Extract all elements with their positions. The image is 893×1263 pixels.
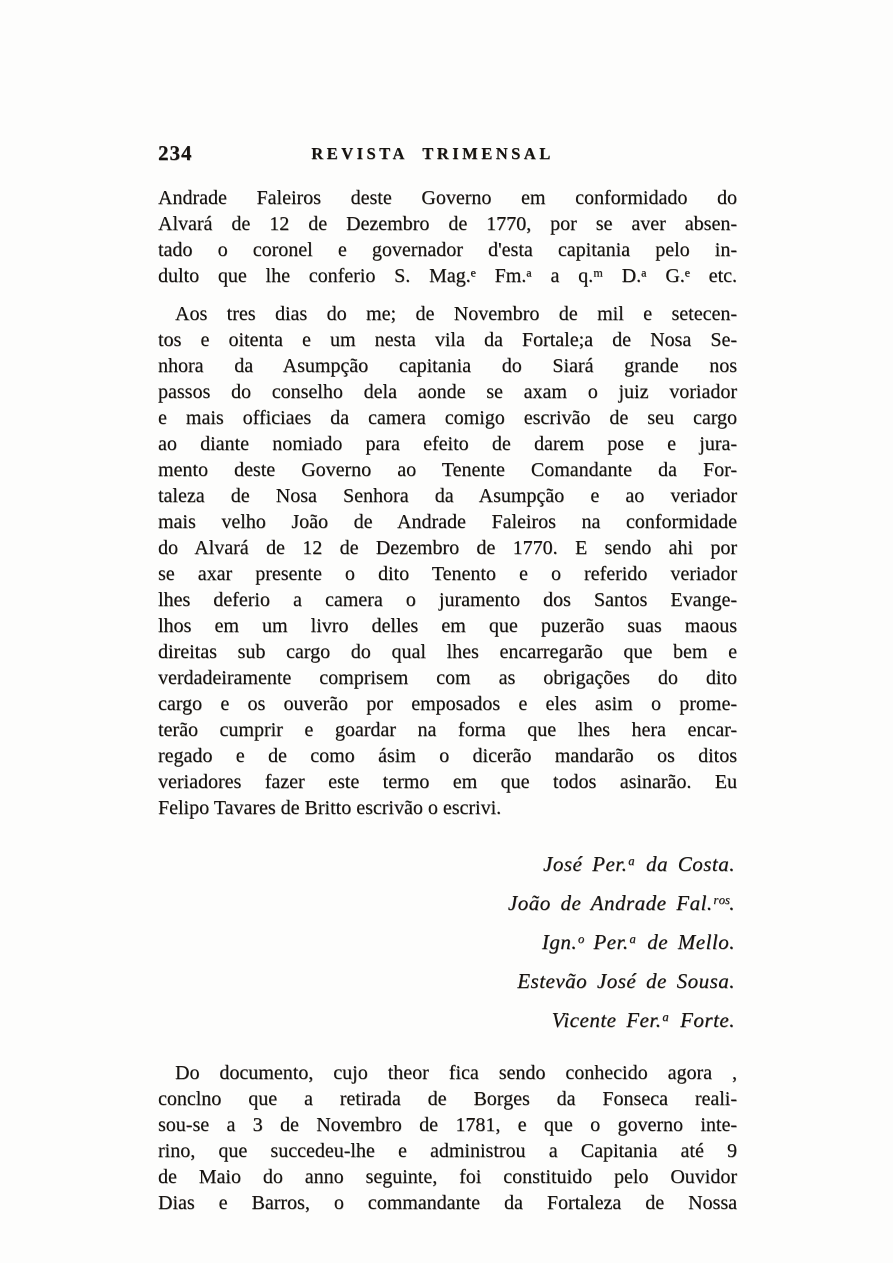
paragraph-act-of-possession: Aos tres dias do me; de Novembro de mil …	[158, 301, 737, 821]
text-line: e mais officiaes da camera comigo escriv…	[158, 405, 737, 431]
text-line: rino, que succedeu-lhe e administrou a C…	[158, 1138, 737, 1164]
running-title: REVISTA TRIMENSAL	[158, 144, 707, 164]
text-line: dulto que lhe conferio S. Mag.ᵉ Fm.ᵃ a q…	[158, 263, 737, 289]
text-line: ao diante nomiado para efeito de darem p…	[158, 431, 737, 457]
text-line: taleza de Nosa Senhora da Asumpção e ao …	[158, 483, 737, 509]
book-page: 234 REVISTA TRIMENSAL Andrade Faleiros d…	[0, 0, 893, 1263]
text-line: Alvará de 12 de Dezembro de 1770, por se…	[158, 211, 737, 237]
text-line: tos e oitenta e um nesta vila da Fortale…	[158, 327, 737, 353]
text-line: Felipo Tavares de Britto escrivão o escr…	[158, 795, 737, 821]
signature-line: José Per.ᵃ da Costa.	[158, 845, 735, 884]
text-line: se axar presente o dito Tenento e o refe…	[158, 561, 737, 587]
text-line: verdadeiramente comprisem com as obrigaç…	[158, 665, 737, 691]
paragraph-commentary: Do documento, cujo theor fica sendo conh…	[158, 1060, 737, 1216]
text-line: regado e de como ásim o dicerão mandarão…	[158, 743, 737, 769]
text-line: Andrade Faleiros deste Governo em confor…	[158, 185, 737, 211]
text-line: do Alvará de 12 de Dezembro de 1770. E s…	[158, 535, 737, 561]
text-line: veriadores fazer este termo em que todos…	[158, 769, 737, 795]
text-line: lhes deferio a camera o juramento dos Sa…	[158, 587, 737, 613]
signature-line: Estevão José de Sousa.	[158, 962, 735, 1001]
text-line: mais velho João de Andrade Faleiros na c…	[158, 509, 737, 535]
paragraph-continuation: Andrade Faleiros deste Governo em confor…	[158, 185, 737, 289]
text-line: cargo e os ouverão por emposados e eles …	[158, 691, 737, 717]
text-line: Aos tres dias do me; de Novembro de mil …	[158, 301, 737, 327]
text-line: tado o coronel e governador d'esta capit…	[158, 237, 737, 263]
text-line: conclno que a retirada de Borges da Fons…	[158, 1086, 737, 1112]
text-line: Dias e Barros, o commandante da Fortalez…	[158, 1190, 737, 1216]
signature-block: José Per.ᵃ da Costa.João de Andrade Fal.…	[158, 845, 737, 1040]
text-line: lhos em um livro delles em que puzerão s…	[158, 613, 737, 639]
text-line: Do documento, cujo theor fica sendo conh…	[158, 1060, 737, 1086]
text-line: direitas sub cargo do qual lhes encarreg…	[158, 639, 737, 665]
text-line: sou-se a 3 de Novembro de 1781, e que o …	[158, 1112, 737, 1138]
text-line: de Maio do anno seguinte, foi constituid…	[158, 1164, 737, 1190]
text-line: mento deste Governo ao Tenente Comandant…	[158, 457, 737, 483]
signature-line: Vicente Fer.ᵃ Forte.	[158, 1001, 735, 1040]
signature-line: Ign.ᵒ Per.ᵃ de Mello.	[158, 923, 735, 962]
page-header: 234 REVISTA TRIMENSAL	[158, 141, 737, 165]
text-line: passos do conselho dela aonde se axam o …	[158, 379, 737, 405]
text-line: nhora da Asumpção capitania do Siará gra…	[158, 353, 737, 379]
text-line: terão cumprir e goardar na forma que lhe…	[158, 717, 737, 743]
signature-line: João de Andrade Fal.ʳᵒˢ.	[158, 884, 735, 923]
